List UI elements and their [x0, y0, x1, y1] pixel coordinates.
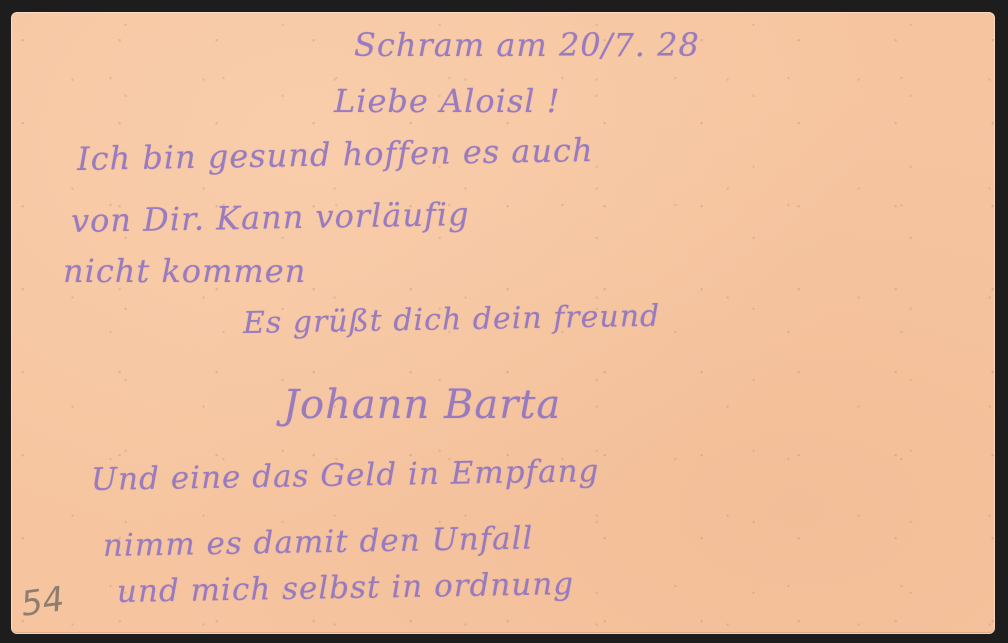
body-line-3: nicht kommen: [63, 252, 306, 290]
greeting-line: Liebe Aloisl !: [334, 82, 561, 120]
body-line-2: von Dir. Kann vorläufig: [71, 195, 470, 240]
postscript-line-3: und mich selbst in ordnung: [117, 566, 575, 610]
pencil-catalog-number: 54: [18, 579, 66, 625]
viewer-background: Schram am 20/7. 28 Liebe Aloisl ! Ich bi…: [0, 0, 1008, 643]
closing-line: Es grüßt dich dein freund: [243, 299, 661, 341]
postcard: Schram am 20/7. 28 Liebe Aloisl ! Ich bi…: [11, 12, 995, 634]
postscript-line-1: Und eine das Geld in Empfang: [91, 453, 600, 498]
postscript-line-2: nimm es damit den Unfall: [103, 520, 534, 564]
body-line-1: Ich bin gesund hoffen es auch: [77, 131, 594, 178]
signature: Johann Barta: [283, 382, 561, 428]
place-date-line: Schram am 20/7. 28: [354, 26, 700, 64]
